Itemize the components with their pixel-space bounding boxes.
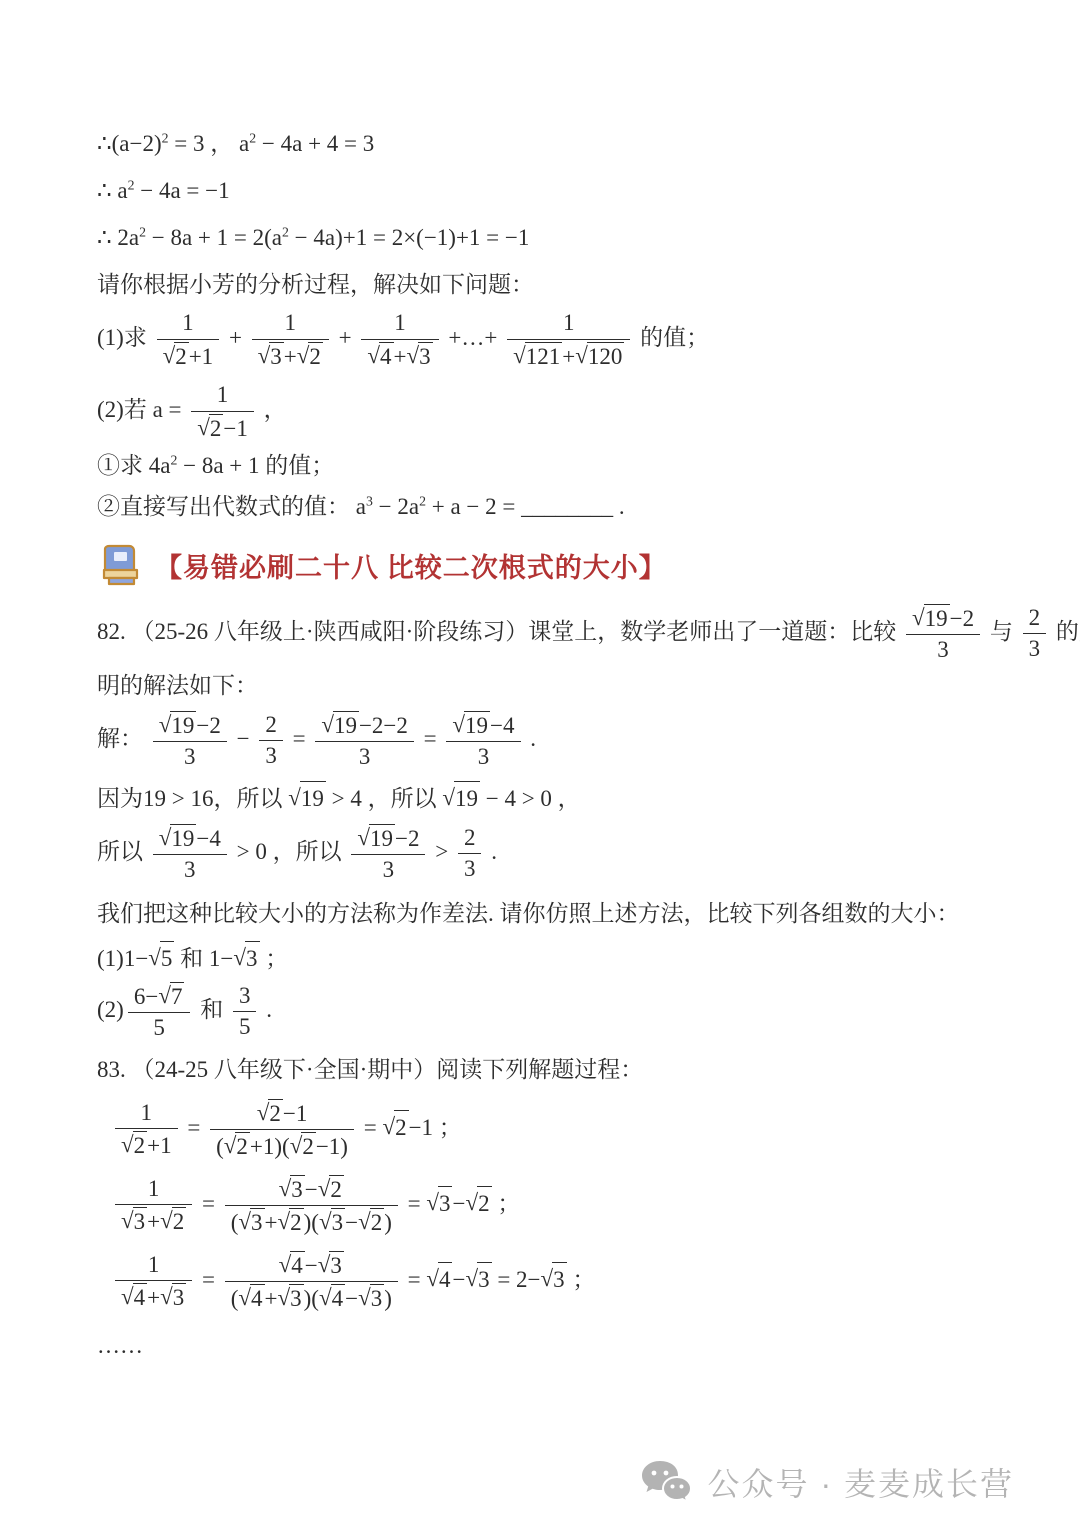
question-part2: (2)若 a = 1√2−1 ， — [97, 380, 1050, 444]
question-82-method: 我们把这种比较大小的方法称为作差法. 请你仿照上述方法，比较下列各组数的大小： — [97, 898, 1050, 929]
watermark: 公众号 · 麦麦成长营 — [640, 1452, 1014, 1512]
question-83-line: 83. （24-25 八年级下·全国·期中）阅读下列解题过程： — [97, 1054, 1050, 1085]
question-part2-sub2: ②直接写出代数式的值： a3 − 2a2 + a − 2 = ________ … — [97, 491, 1050, 522]
question-part2-sub1: ①求 4a2 − 8a + 1 的值； — [97, 450, 1050, 481]
document-content: ∴(a−2)2 = 3 ， a2 − 4a + 4 = 3 ∴ a2 − 4a … — [0, 0, 1080, 1361]
question-82-solution: 解： √19−23 − 23 = √19−2−23 = √19−43 . — [97, 709, 1050, 773]
question-82-line1: 82. （25-26 八年级上·陕西咸阳·阶段练习）课堂上，数学老师出了一道题：… — [97, 602, 1050, 666]
prompt-line: 请你根据小芳的分析过程，解决如下问题： — [97, 269, 1050, 300]
worksheet-page: ∴(a−2)2 = 3 ， a2 − 4a + 4 = 3 ∴ a2 − 4a … — [0, 0, 1080, 1361]
book-icon — [97, 542, 143, 588]
wechat-icon — [640, 1459, 692, 1505]
section-heading: 【易错必刷二十八 比较二次根式的大小】 — [97, 542, 1050, 588]
question-83-eq3: 1√4+√3 = √4−√3(√4+√3)(√4−√3) = √4−√3 = 2… — [97, 1249, 1050, 1315]
question-part1: (1)求 1√2+1 + 1√3+√2 + 1√4+√3 +…+ 1√121+√… — [97, 308, 1050, 372]
question-83-eq1: 1√2+1 = √2−1(√2+1)(√2−1) = √2−1 ； — [97, 1097, 1050, 1163]
question-83-eq2: 1√3+√2 = √3−√2(√3+√2)(√3−√2) = √3−√2 ； — [97, 1173, 1050, 1239]
derivation-line-1: ∴(a−2)2 = 3 ， a2 − 4a + 4 = 3 — [97, 128, 1050, 159]
ellipsis-line: …… — [97, 1330, 1050, 1361]
watermark-text: 公众号 · 麦麦成长营 — [708, 1459, 1014, 1505]
derivation-line-3: ∴ 2a2 − 8a + 1 = 2(a2 − 4a)+1 = 2×(−1)+1… — [97, 222, 1050, 253]
question-82-compare2: (2)6−√75 和 35 . — [97, 980, 1050, 1044]
derivation-line-2: ∴ a2 − 4a = −1 — [97, 175, 1050, 206]
section-heading-text: 【易错必刷二十八 比较二次根式的大小】 — [155, 546, 667, 585]
question-82-line2: 明的解法如下： — [97, 670, 1050, 701]
question-82-compare1: (1)1−√5 和 1−√3 ； — [97, 941, 1050, 974]
question-82-because: 因为19 > 16，所以 √19 > 4 ，所以 √19 − 4 > 0 ， — [97, 781, 1050, 814]
question-82-therefore: 所以 √19−43 > 0 ，所以 √19−23 > 23 . — [97, 822, 1050, 886]
